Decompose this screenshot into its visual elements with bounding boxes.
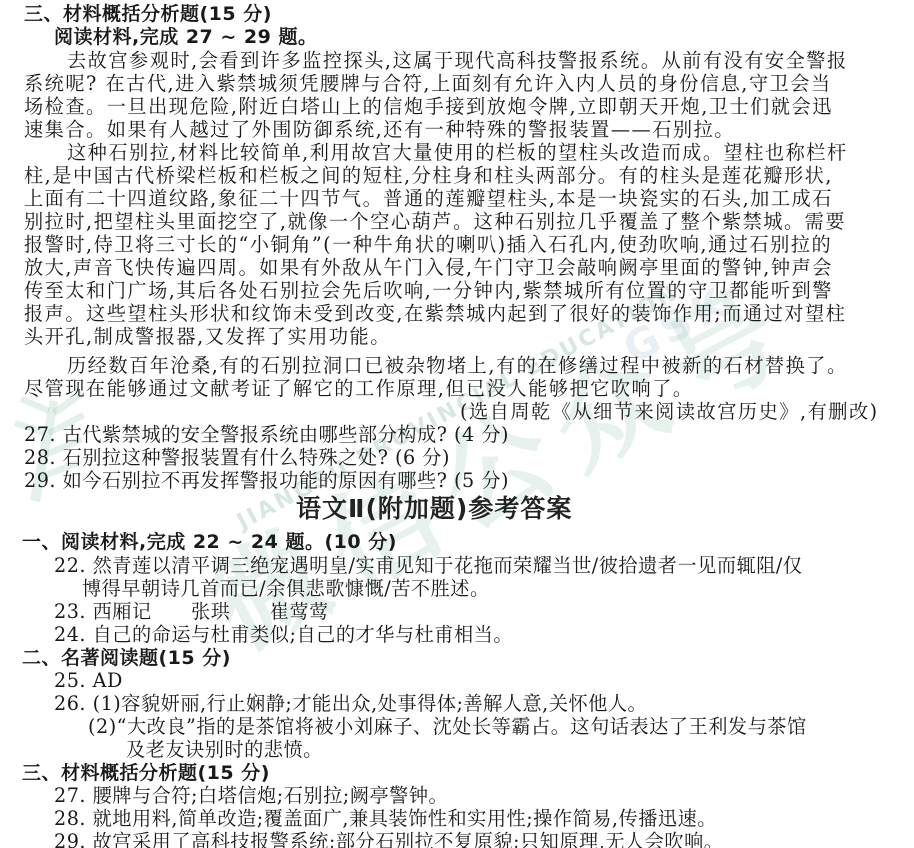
passage-line: 传至太和门广场,其后各处石别拉会先后吹响,一分钟内,紫禁城所有位置的守卫都能听到… <box>24 280 833 302</box>
passage-line: 场检查。一旦出现危险,附近白塔山上的信炮手接到放炮令牌,立即朝天开炮,卫士们就会… <box>24 96 833 118</box>
answer-section-heading-material: 三、材料概括分析题(15 分) <box>22 762 270 784</box>
passage-line: 头开孔,制成警报器,又发挥了实用功能。 <box>24 326 391 348</box>
reading-instruction: 阅读材料,完成 27 ~ 29 题。 <box>54 26 317 48</box>
passage-line: 去故宫参观时,会看到许多监控探头,这属于现代高科技警报系统。从前有没有安全警报 <box>67 50 848 72</box>
answer-28: 28. 就地用料,简单改造;覆盖面广,兼具装饰性和实用性;操作简易,传播迅速。 <box>54 808 717 830</box>
passage-line: 系统呢? 在古代,进入紫禁城须凭腰牌与合符,上面刻有允许入内人员的身份信息,守卫… <box>24 73 832 95</box>
answer-section-heading-reading: 一、阅读材料,完成 22 ~ 24 题。(10 分) <box>22 531 397 553</box>
passage-line: 尽管现在能够通过文献考证了解它的工作原理,但已没人能够把它吹响了。 <box>24 378 694 400</box>
passage-line: 别拉时,把望柱头里面挖空了,就像一个空心葫芦。这种石别拉几乎覆盖了整个紫禁城。需… <box>24 211 846 233</box>
passage-line: 报声。这些望柱头形状和纹饰未受到改变,在紫禁城内起到了很好的装饰作用;而通过对望… <box>24 303 846 325</box>
answer-key-title: 语文Ⅱ(附加题)参考答案 <box>296 498 572 520</box>
passage-line: 这种石别拉,材料比较简单,利用故宫大量使用的栏板的望柱头改造而成。望柱也称栏杆 <box>67 142 848 164</box>
answer-26-2-cont: 及老友诀别时的悲愤。 <box>126 739 323 761</box>
answer-section-heading-classics: 二、名著阅读题(15 分) <box>22 647 231 669</box>
question-29: 29. 如今石别拉不再发挥警报功能的原因有哪些? (5 分) <box>24 470 509 492</box>
passage-line: 放大,声音飞快传遍四周。如果有外敌从午门入侵,午门守卫会敲响阙亭里面的警钟,钟声… <box>24 257 833 279</box>
passage-line: 报警时,侍卫将三寸长的“小铜角”(一种牛角状的喇叭)插入石孔内,使劲吹响,通过石… <box>24 234 832 256</box>
answer-29: 29. 故宫采用了高科技报警系统;部分石别拉不复原貌;只知原理,无人会吹响。 <box>54 831 723 848</box>
passage-line: 速集合。如果有人越过了外围防御系统,还有一种特殊的警报装置——石别拉。 <box>24 119 735 141</box>
passage-line: 上面有二十四道纹路,象征二十四节气。普通的莲瓣望柱头,本是一块瓷实的石头,加工成… <box>24 188 833 210</box>
passage-line: 柱,是中国古代桥梁栏板和栏板之间的短柱,分柱身和柱头两部分。有的柱头是莲花瓣形状… <box>24 165 833 187</box>
answer-23: 23. 西厢记 张珙 崔莺莺 <box>54 601 329 623</box>
answer-22: 22. 然青莲以清平调三绝宠遇明皇/实甫见知于花拖而荣耀当世/彼拾遗者一见而辄阻… <box>54 555 803 577</box>
passage-source: (选自周乾《从细节来阅读故宫历史》,有删改) <box>460 401 879 423</box>
answer-22-cont: 博得早朝诗几首而已/余俱悲歌慷慨/苦不胜述。 <box>82 578 490 600</box>
answer-27: 27. 腰牌与合符;白塔信炮;石别拉;阙亭警钟。 <box>54 785 448 807</box>
answer-25: 25. AD <box>54 670 123 692</box>
answer-26-1: 26. (1)容貌妍丽,行止娴静;才能出众,处事得体;善解人意,关怀他人。 <box>54 693 647 715</box>
section-heading-material-analysis: 三、材料概括分析题(15 分) <box>24 3 272 25</box>
passage-line: 历经数百年沧桑,有的石别拉洞口已被杂物堵上,有的在修缮过程中被新的石材替换了。 <box>67 355 848 377</box>
answer-24: 24. 自己的命运与杜甫类似;自己的才华与杜甫相当。 <box>54 624 513 646</box>
question-27: 27. 古代紫禁城的安全警报系统由哪些部分构成? (4 分) <box>24 424 509 446</box>
question-28: 28. 石别拉这种警报装置有什么特殊之处? (6 分) <box>24 447 450 469</box>
answer-26-2: (2)“大改良”指的是茶馆将被小刘麻子、沈处长等霸占。这句话表达了王利发与茶馆 <box>88 716 807 738</box>
